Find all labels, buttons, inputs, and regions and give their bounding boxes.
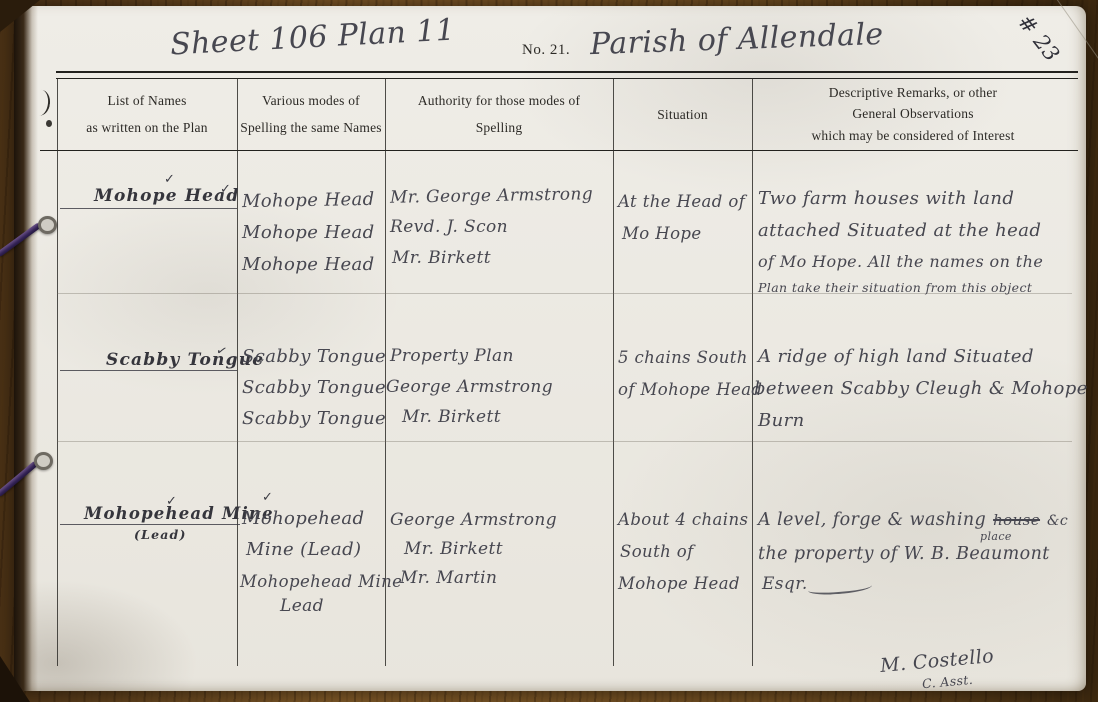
header-line: which may be considered of Interest <box>811 125 1014 147</box>
authority-line: Mr. George Armstrong <box>390 184 593 208</box>
row-separator <box>57 441 1072 442</box>
spelling-line: Scabby Tongue <box>242 346 386 367</box>
scanned-document-photo: Sheet 106 Plan 11 No. 21. Parish of Alle… <box>0 0 1098 702</box>
struck-word: house <box>993 511 1040 529</box>
ink-mark <box>35 89 52 116</box>
sheet-plan-label: Sheet 106 Plan 11 <box>169 13 456 63</box>
table-rule-header-bottom <box>40 150 1078 151</box>
situation-line: 5 chains South <box>618 348 748 367</box>
header-cell-names: List of Names as written on the Plan <box>57 82 237 146</box>
check-icon: ✓ <box>262 490 273 505</box>
remark-line: Plan take their situation from this obje… <box>758 280 1032 295</box>
situation-line: Mo Hope <box>622 224 702 243</box>
table-vline-4 <box>752 78 753 666</box>
spelling-line: Mohope Head <box>242 222 375 243</box>
header-cell-authority: Authority for those modes of Spelling <box>385 82 613 146</box>
remark-line-with-correction: A level, forge & washing house &c <box>758 510 1068 530</box>
form-number-label: No. 21. <box>522 42 570 59</box>
authority-line: George Armstrong <box>386 377 553 397</box>
spelling-line: Mine (Lead) <box>246 539 361 560</box>
remark-line: Esqr. <box>762 574 808 594</box>
document-page: Sheet 106 Plan 11 No. 21. Parish of Alle… <box>14 6 1086 691</box>
authority-line: Property Plan <box>390 346 514 366</box>
table-vline-3 <box>613 78 614 666</box>
table-rule-top-thick <box>56 71 1078 73</box>
header-line: as written on the Plan <box>86 114 207 141</box>
header-line: Situation <box>657 101 708 128</box>
header-line: General Observations <box>852 103 973 125</box>
spelling-line: Mohope Head <box>242 189 375 212</box>
remark-text: A level, forge & washing <box>758 510 986 530</box>
spelling-line: Scabby Tongue <box>242 408 386 429</box>
header-cell-situation: Situation <box>613 82 752 146</box>
table-vline-left <box>57 78 58 666</box>
binding-eyelet <box>38 216 57 234</box>
signature-title: C. Asst. <box>921 672 973 691</box>
pen-flourish <box>808 580 873 595</box>
authority-line: Mr. Birkett <box>404 539 503 559</box>
situation-line: South of <box>620 542 694 561</box>
header-cell-remarks: Descriptive Remarks, or other General Ob… <box>752 82 1074 146</box>
authority-line: Mr. Birkett <box>402 407 501 427</box>
remark-line: Burn <box>758 410 805 431</box>
header-line: Spelling <box>476 114 523 141</box>
header-line: Spelling the same Names <box>240 114 381 141</box>
row-name: Scabby Tongue <box>106 350 264 370</box>
spelling-line: Mohope Head <box>242 254 375 275</box>
remark-line: the property of W. B. Beaumont <box>758 544 1050 564</box>
table-rule-top-thin <box>56 78 1078 79</box>
remark-line: A ridge of high land Situated <box>758 346 1034 367</box>
check-icon: ✓ <box>164 172 175 187</box>
folio-number: # 23 <box>1013 10 1064 66</box>
remark-text: &c <box>1047 513 1068 529</box>
authority-line: Mr. Martin <box>400 568 497 588</box>
spelling-line: Lead <box>280 596 324 616</box>
authority-line: Mr. Birkett <box>392 248 491 268</box>
row-name-underline <box>60 370 237 371</box>
spelling-line: Mohopehead <box>242 508 364 529</box>
situation-line: Mohope Head <box>618 574 740 593</box>
header-line: Descriptive Remarks, or other <box>829 82 998 104</box>
row-name-underline <box>60 208 237 209</box>
row-name-subtext: (Lead) <box>134 527 187 542</box>
ink-mark <box>46 120 52 127</box>
row-name-underline <box>60 524 240 525</box>
situation-line: About 4 chains <box>618 510 748 529</box>
remark-line: of Mo Hope. All the names on the <box>758 252 1043 271</box>
header-cell-spelling: Various modes of Spelling the same Names <box>237 82 385 146</box>
table-vline-1 <box>237 78 238 666</box>
header-line: Various modes of <box>262 87 360 114</box>
situation-line: of Mohope Head <box>618 380 762 399</box>
header-line: Authority for those modes of <box>418 87 580 114</box>
authority-line: George Armstrong <box>390 510 557 530</box>
spelling-line: Scabby Tongue <box>242 377 386 398</box>
inserted-word: place <box>980 530 1012 543</box>
remark-line: between Scabby Cleugh & Mohope <box>754 378 1088 399</box>
binding-eyelet <box>34 452 53 470</box>
spelling-line: Mohopehead Mine <box>240 572 402 591</box>
remark-line: attached Situated at the head <box>758 220 1041 241</box>
situation-line: At the Head of <box>618 192 745 211</box>
authority-line: Revd. J. Scon <box>390 217 508 237</box>
remark-line: Two farm houses with land <box>758 188 1014 209</box>
row-name: Mohope Head <box>94 186 239 206</box>
parish-label: Parish of Allendale <box>589 17 884 62</box>
check-icon: ✓ <box>220 182 231 197</box>
signature-name: M. Costello <box>879 645 995 677</box>
header-line: List of Names <box>107 87 186 114</box>
